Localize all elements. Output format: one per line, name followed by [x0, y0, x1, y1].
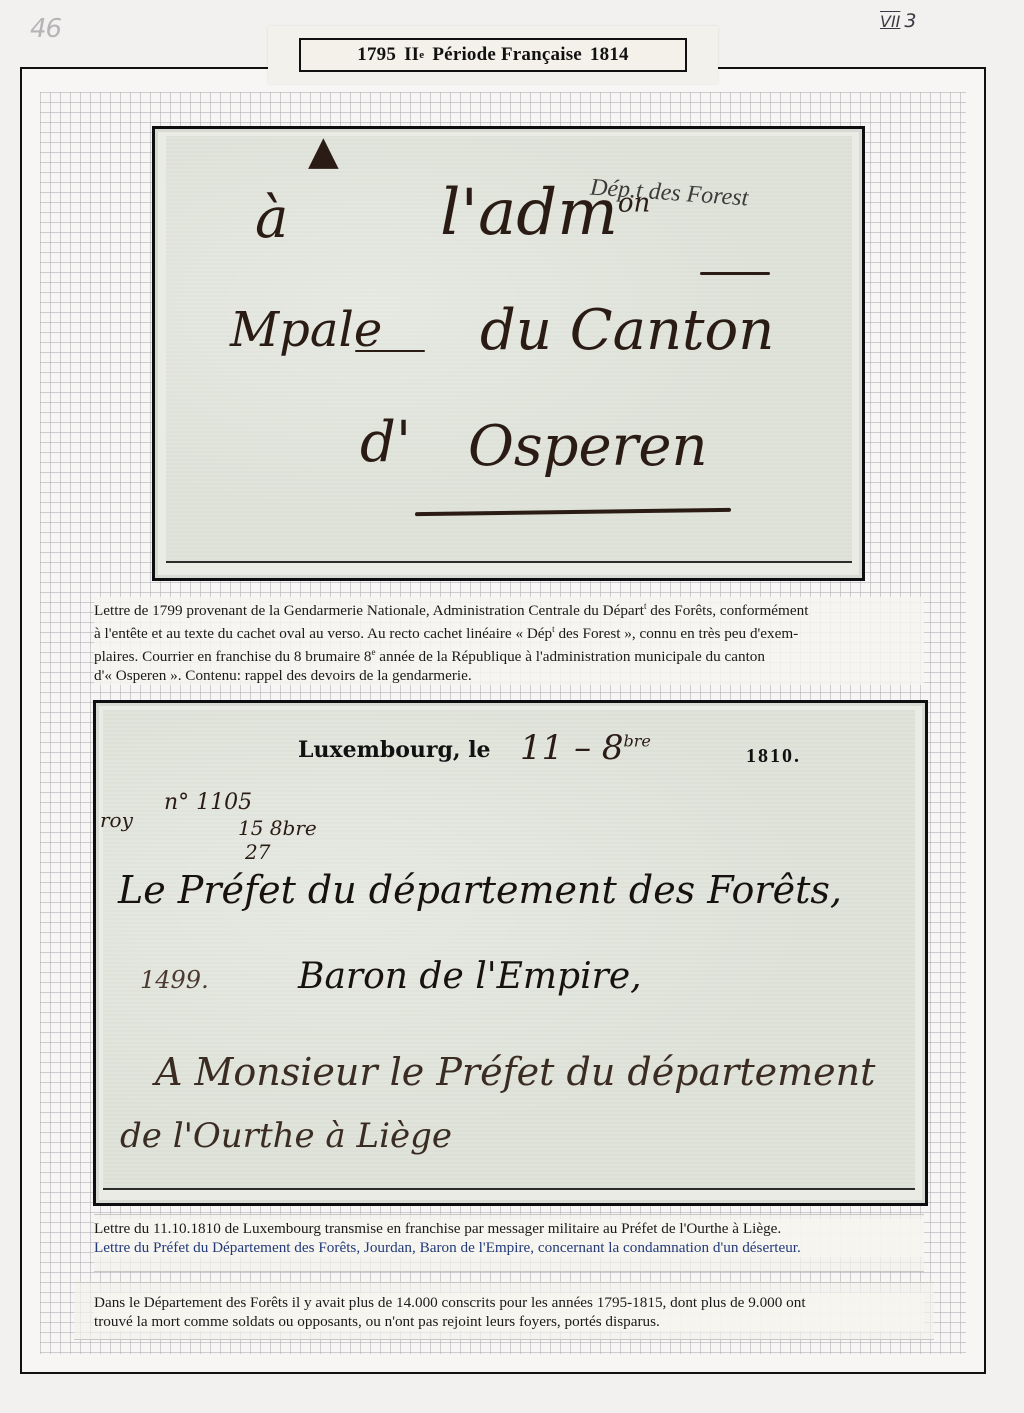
letter-1799-line1-a: à	[255, 186, 288, 251]
letter-1799-line2-b: du Canton	[480, 298, 774, 363]
page-reference-roman: VII	[880, 12, 900, 31]
letter-1810-heading-line2: Baron de l'Empire,	[298, 956, 642, 997]
letter-1810-margin-note: roy	[100, 808, 133, 832]
letter-1810-caption: Lettre du 11.10.1810 de Luxembourg trans…	[94, 1219, 924, 1257]
letter-1799-caption: Lettre de 1799 provenant de la Gendarmer…	[94, 597, 924, 685]
title-label: Période Française	[432, 44, 582, 66]
letter-1799-line3-a: d'	[360, 410, 411, 475]
footnote: Dans le Département des Forêts il y avai…	[94, 1293, 924, 1331]
letter-1810-address-line2: de l'Ourthe à Liège	[120, 1116, 452, 1156]
page-reference-number: 3	[904, 10, 916, 32]
letter-1810-register-number: 1499.	[140, 966, 209, 994]
page-title: 1795 IIe Période Française 1814	[299, 38, 687, 72]
page-reference: VII3	[880, 10, 916, 32]
pencil-page-number: 46	[30, 14, 61, 44]
title-period-roman: II	[404, 44, 419, 66]
letter-1799-underline-2	[355, 350, 425, 352]
letter-1810-day: 11 – 8bre	[520, 728, 651, 768]
letter-1810-reference-note: n° 1105	[164, 790, 252, 815]
letter-1810-heading-line1: Le Préfet du département des Forêts,	[118, 868, 842, 912]
letter-1799-line3-b: Osperen	[468, 414, 708, 479]
letter-1799-accent-mark: ▲	[308, 128, 339, 174]
title-period-sup: e	[419, 49, 424, 61]
letter-1810-address-line1: A Monsieur le Préfet du département	[155, 1050, 875, 1094]
title-end-year: 1814	[590, 44, 629, 66]
letter-1810-place: Luxembourg, le	[298, 737, 491, 763]
letter-1810-year: 1810.	[746, 745, 801, 768]
letter-1799-underline-1	[700, 272, 770, 275]
letter-1810-date-note: 15 8bre	[238, 816, 317, 840]
title-start-year: 1795	[357, 44, 396, 66]
letter-1810-number-note: 27	[245, 840, 270, 864]
